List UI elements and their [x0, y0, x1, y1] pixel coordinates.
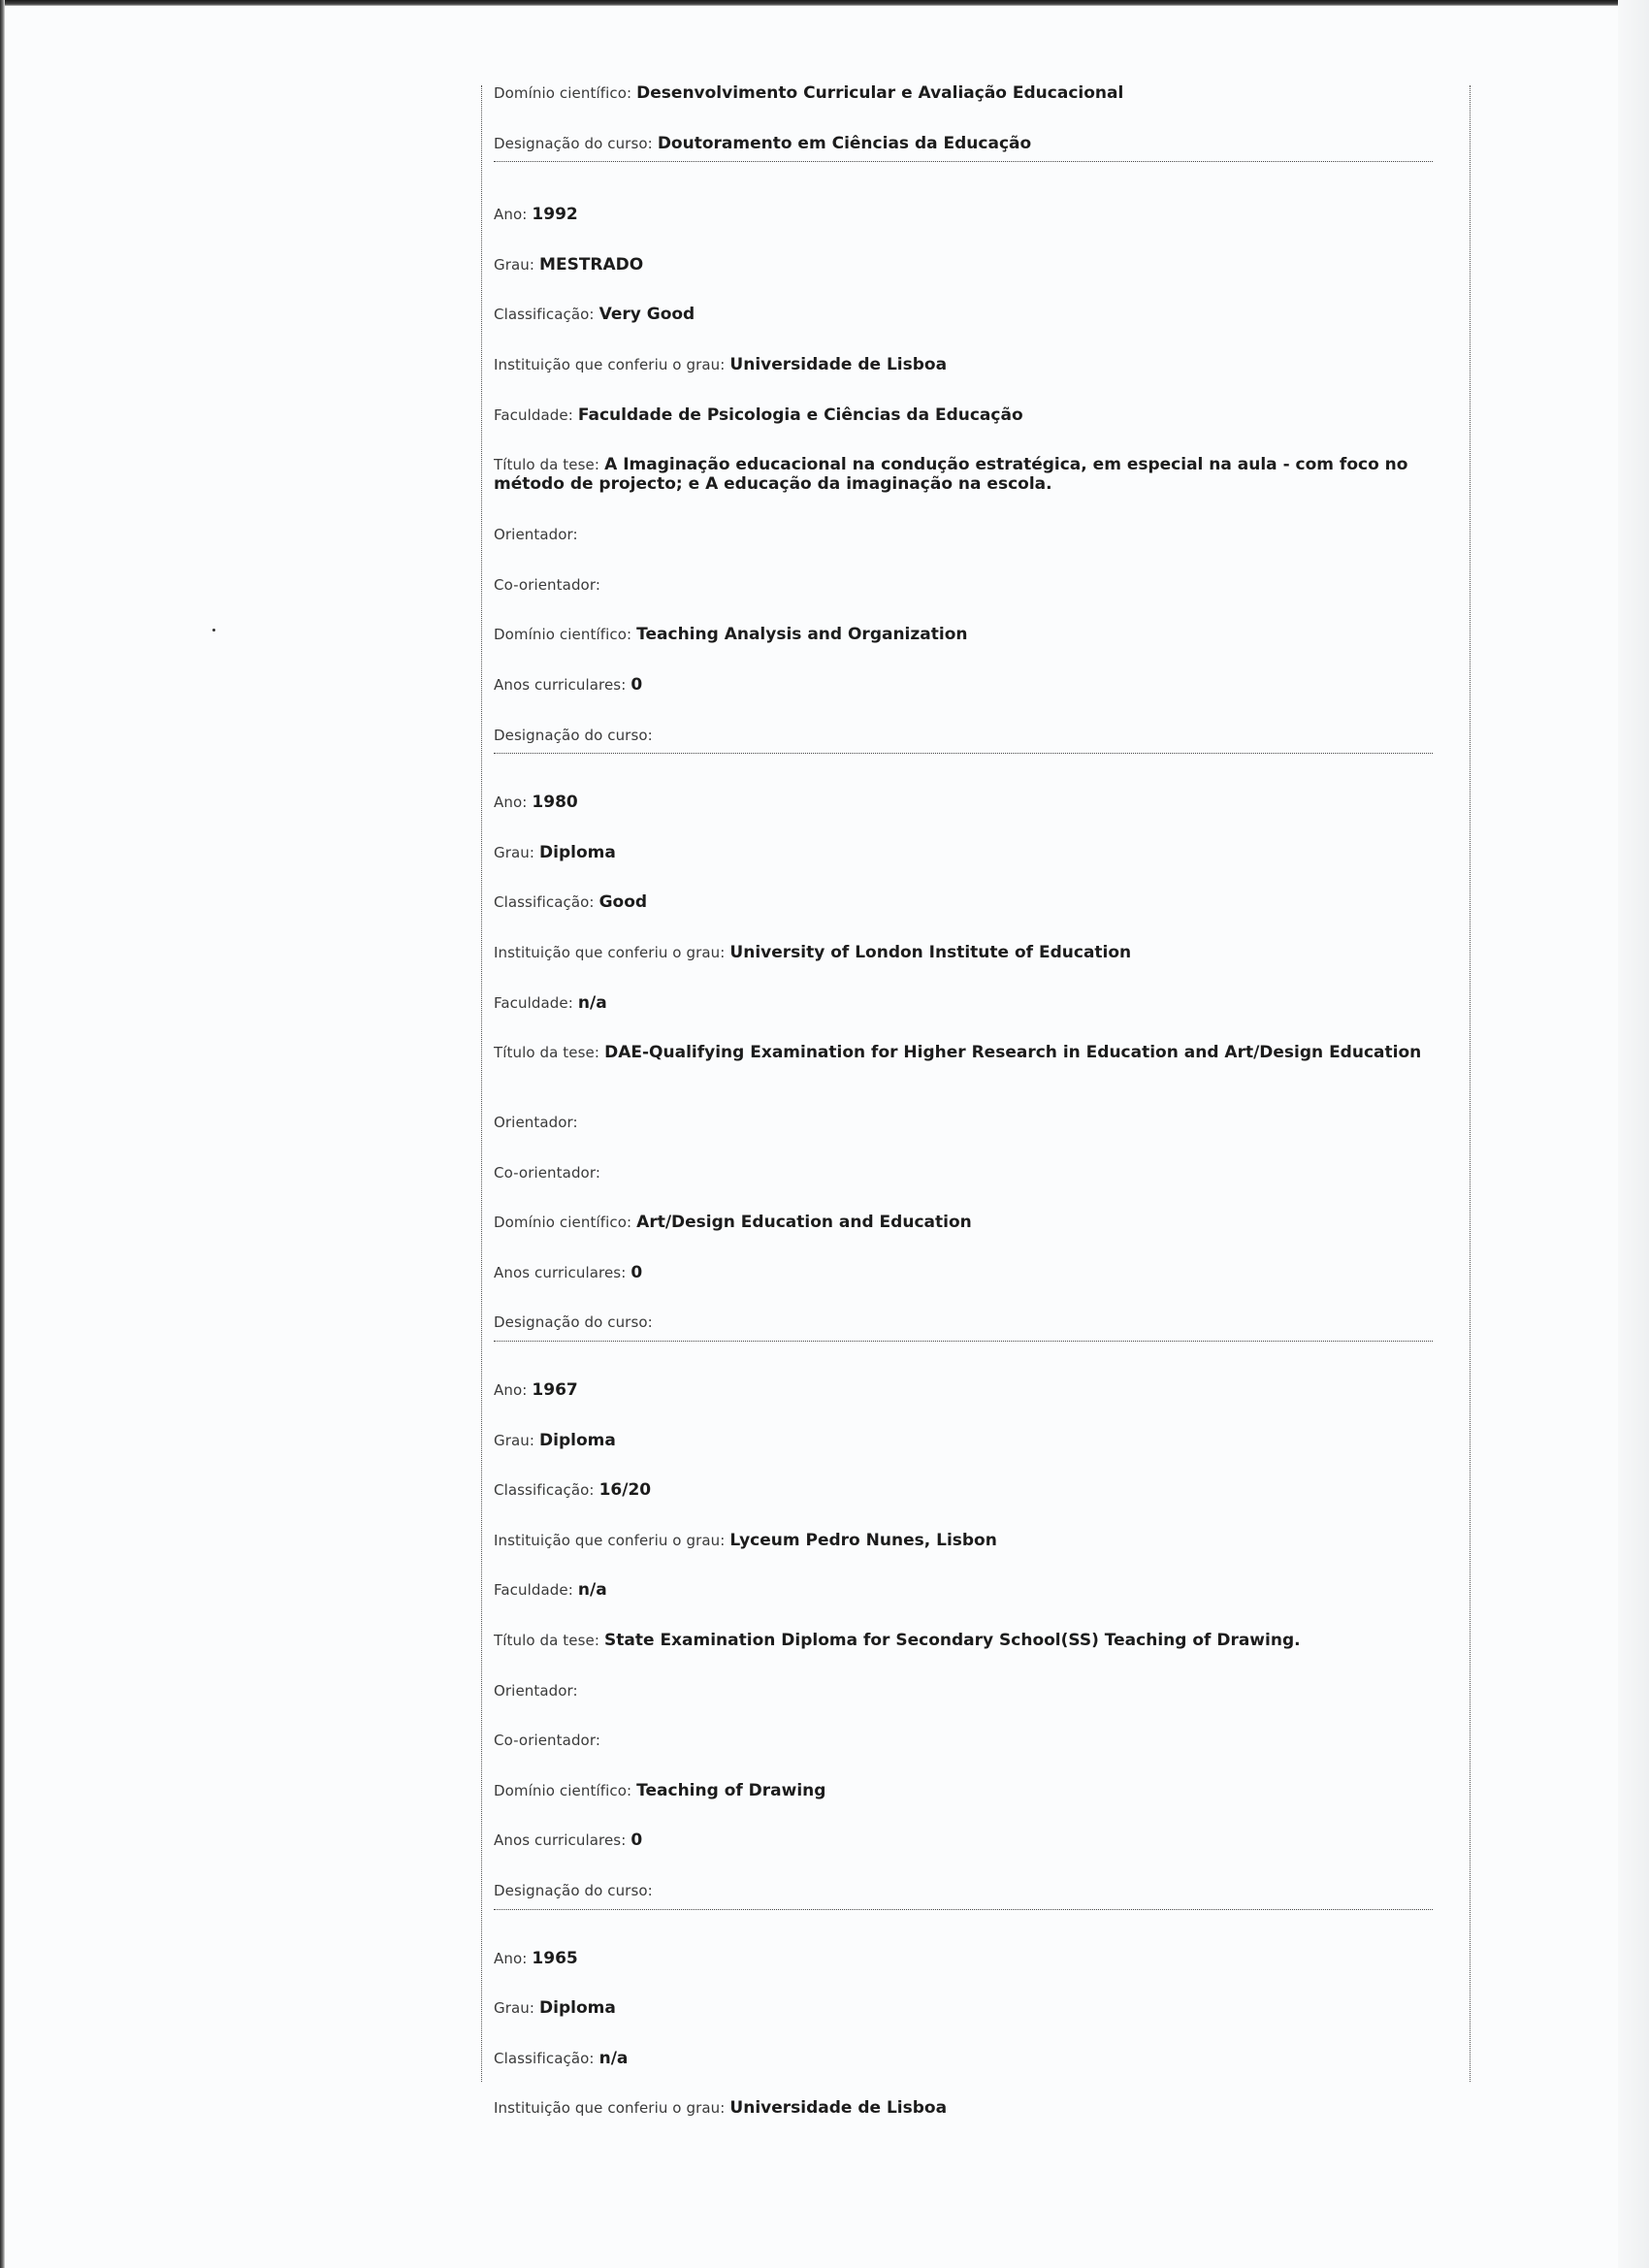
field-value: Diploma — [539, 843, 616, 862]
field-value: Faculdade de Psicologia e Ciências da Ed… — [578, 405, 1023, 425]
field-value: DAE-Qualifying Examination for Higher Re… — [604, 1043, 1421, 1062]
field-value: 1965 — [532, 1949, 577, 1968]
field-label: Grau: — [494, 1431, 534, 1450]
field-label: Classificação: — [494, 305, 595, 324]
field-orientador: Orientador: — [494, 1681, 1435, 1732]
field-value: n/a — [599, 2049, 629, 2068]
field-label: Anos curriculares: — [494, 1831, 626, 1850]
scan-edge-right — [1618, 0, 1649, 2268]
field-titulo: Título da tese: State Examination Diplom… — [494, 1631, 1435, 1681]
field-orientador: Orientador: — [494, 525, 1435, 575]
field-label: Domínio científico: — [494, 1781, 631, 1800]
field-label: Instituição que conferiu o grau: — [494, 355, 725, 374]
scan-edge-top — [0, 0, 1649, 6]
field-value: 1967 — [532, 1380, 577, 1400]
field-label: Orientador: — [494, 1681, 578, 1701]
field-value: n/a — [578, 1580, 607, 1600]
field-label: Classificação: — [494, 2049, 595, 2068]
field-value: Good — [599, 892, 647, 912]
record-entry: Ano: 1992 Grau: MESTRADO Classificação: … — [494, 205, 1435, 754]
field-dominio: Domínio científico: Teaching Analysis an… — [494, 625, 1435, 675]
field-value: Lyceum Pedro Nunes, Lisbon — [729, 1531, 996, 1550]
field-faculdade: Faculdade: n/a — [494, 993, 1435, 1044]
field-classificacao: Classificação: 16/20 — [494, 1480, 1435, 1531]
field-label: Ano: — [494, 1949, 527, 1968]
record-entry: Ano: 1965 Grau: Diploma Classificação: n… — [494, 1949, 1435, 2149]
field-value: Universidade de Lisboa — [729, 355, 947, 374]
field-label: Classificação: — [494, 892, 595, 912]
field-label: Designação do curso: — [494, 1881, 653, 1900]
field-label: Ano: — [494, 1380, 527, 1400]
field-label: Instituição que conferiu o grau: — [494, 1531, 725, 1550]
field-ano: Ano: 1992 — [494, 205, 1435, 255]
field-label: Grau: — [494, 843, 534, 862]
field-label: Co-orientador: — [494, 1731, 600, 1750]
field-value: 1980 — [532, 793, 577, 812]
academic-records: Domínio científico: Desenvolvimento Curr… — [494, 83, 1435, 2149]
field-ano: Ano: 1967 — [494, 1380, 1435, 1431]
field-value: Very Good — [599, 305, 695, 324]
field-label: Faculdade: — [494, 993, 573, 1013]
field-coorientador: Co-orientador: — [494, 575, 1435, 626]
field-value: 0 — [630, 1831, 642, 1850]
field-value: Diploma — [539, 1998, 616, 2018]
field-grau: Grau: MESTRADO — [494, 255, 1435, 306]
field-label: Designação do curso: — [494, 134, 653, 153]
field-label: Co-orientador: — [494, 575, 600, 595]
field-label: Domínio científico: — [494, 1213, 631, 1232]
record-entry: Ano: 1967 Grau: Diploma Classificação: 1… — [494, 1380, 1435, 1910]
field-titulo: Título da tese: A Imaginação educacional… — [494, 455, 1435, 525]
record-entry: Ano: 1980 Grau: Diploma Classificação: G… — [494, 793, 1435, 1342]
field-value: 0 — [630, 675, 642, 695]
field-ano: Ano: 1965 — [494, 1949, 1435, 1999]
field-label: Domínio científico: — [494, 83, 631, 103]
field-value: Diploma — [539, 1431, 616, 1450]
field-value: 0 — [630, 1263, 642, 1282]
field-value: Teaching Analysis and Organization — [636, 625, 967, 644]
field-instituicao: Instituição que conferiu o grau: Univers… — [494, 943, 1435, 993]
field-anos-curriculares: Anos curriculares: 0 — [494, 675, 1435, 726]
field-label: Anos curriculares: — [494, 675, 626, 695]
scan-speck — [212, 629, 215, 632]
field-dominio: Domínio científico: Art/Design Education… — [494, 1213, 1435, 1263]
field-anos-curriculares: Anos curriculares: 0 — [494, 1263, 1435, 1313]
field-label: Grau: — [494, 1998, 534, 2018]
field-label: Título da tese: — [494, 456, 599, 473]
field-label: Faculdade: — [494, 405, 573, 425]
field-grau: Grau: Diploma — [494, 1431, 1435, 1481]
field-dominio: Domínio científico: Teaching of Drawing — [494, 1781, 1435, 1831]
field-label: Orientador: — [494, 525, 578, 544]
field-label: Grau: — [494, 255, 534, 275]
scan-edge-left — [0, 0, 5, 2268]
field-dominio: Domínio científico: Desenvolvimento Curr… — [494, 83, 1435, 134]
field-instituicao: Instituição que conferiu o grau: Univers… — [494, 355, 1435, 405]
field-value: Teaching of Drawing — [636, 1781, 825, 1800]
field-label: Faculdade: — [494, 1580, 573, 1600]
field-value: Art/Design Education and Education — [636, 1213, 972, 1232]
field-label: Domínio científico: — [494, 625, 631, 644]
field-instituicao: Instituição que conferiu o grau: Univers… — [494, 2098, 1435, 2149]
record-entry-continued: Domínio científico: Desenvolvimento Curr… — [494, 83, 1435, 162]
field-classificacao: Classificação: Good — [494, 892, 1435, 943]
field-faculdade: Faculdade: Faculdade de Psicologia e Ciê… — [494, 405, 1435, 456]
field-value: 1992 — [532, 205, 577, 224]
field-grau: Grau: Diploma — [494, 843, 1435, 893]
field-anos-curriculares: Anos curriculares: 0 — [494, 1831, 1435, 1881]
field-label: Ano: — [494, 793, 527, 812]
field-instituicao: Instituição que conferiu o grau: Lyceum … — [494, 1531, 1435, 1581]
field-value: MESTRADO — [539, 255, 643, 275]
field-ano: Ano: 1980 — [494, 793, 1435, 843]
field-value: n/a — [578, 993, 607, 1013]
field-label: Co-orientador: — [494, 1163, 600, 1183]
field-classificacao: Classificação: Very Good — [494, 305, 1435, 355]
field-coorientador: Co-orientador: — [494, 1731, 1435, 1781]
field-orientador: Orientador: — [494, 1113, 1435, 1163]
field-coorientador: Co-orientador: — [494, 1163, 1435, 1214]
field-label: Título da tese: — [494, 1044, 599, 1061]
field-value: Universidade de Lisboa — [729, 2098, 947, 2118]
field-label: Orientador: — [494, 1113, 578, 1132]
field-value: Doutoramento em Ciências da Educação — [658, 134, 1031, 153]
field-value: A Imaginação educacional na condução est… — [494, 455, 1407, 494]
field-value: Desenvolvimento Curricular e Avaliação E… — [636, 83, 1123, 103]
field-label: Designação do curso: — [494, 726, 653, 745]
field-grau: Grau: Diploma — [494, 1998, 1435, 2049]
field-label: Anos curriculares: — [494, 1263, 626, 1282]
field-value: University of London Institute of Educat… — [729, 943, 1131, 962]
field-label: Título da tese: — [494, 1631, 599, 1650]
field-label: Ano: — [494, 205, 527, 224]
field-label: Classificação: — [494, 1480, 595, 1500]
field-titulo: Título da tese: DAE-Qualifying Examinati… — [494, 1043, 1435, 1113]
field-label: Designação do curso: — [494, 1312, 653, 1332]
field-value: 16/20 — [599, 1480, 652, 1500]
field-classificacao: Classificação: n/a — [494, 2049, 1435, 2099]
field-label: Instituição que conferiu o grau: — [494, 2098, 725, 2118]
field-value: State Examination Diploma for Secondary … — [604, 1631, 1301, 1650]
field-faculdade: Faculdade: n/a — [494, 1580, 1435, 1631]
field-label: Instituição que conferiu o grau: — [494, 943, 725, 962]
